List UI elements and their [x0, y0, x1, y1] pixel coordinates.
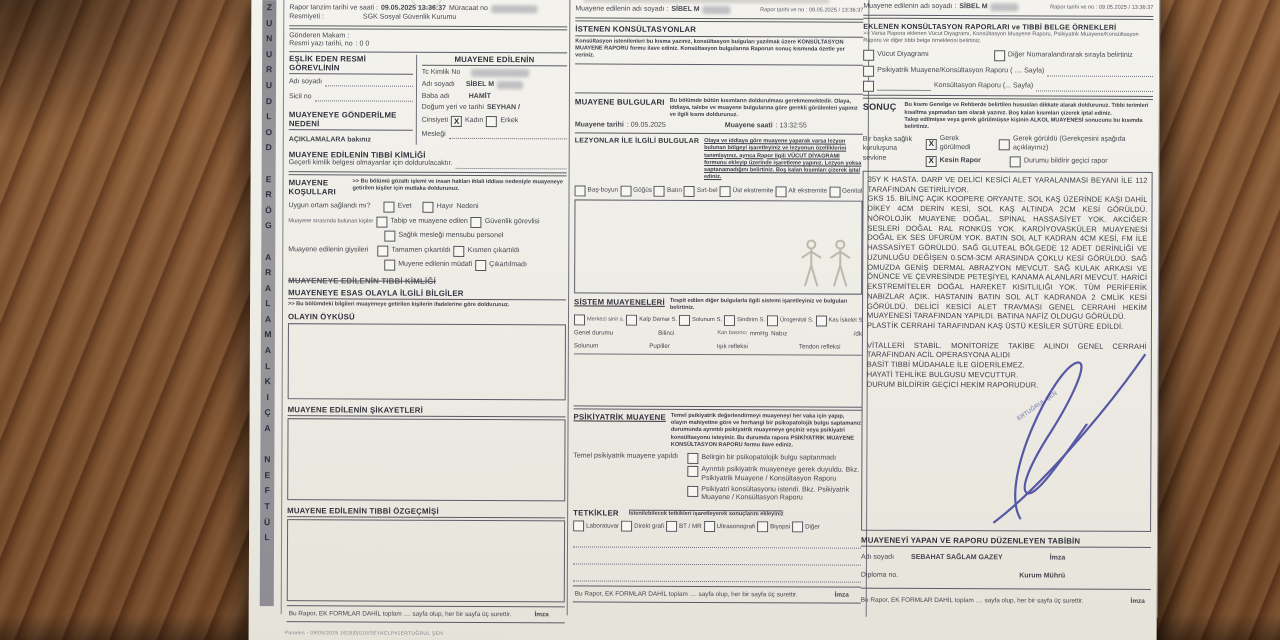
col3-surname-redacted — [991, 4, 1019, 12]
baba-adi-value: HAMİT — [469, 92, 491, 101]
kismen-label: Kısmen çıkartıldı — [468, 247, 520, 256]
kesin-rapor-checkbox-checked: X — [926, 156, 937, 167]
cikartilmadi-label: Çıkartılmadı — [489, 261, 527, 270]
sikayetler-header: MUAYENE EDİLENİN ŞİKAYETLERİ — [288, 405, 566, 417]
baba-adi-label: Baba adı — [422, 92, 450, 101]
col1-footer: Bu Rapor, EK FORMLAR DAHİL toplam .... s… — [287, 605, 565, 623]
psik-opt3-label: Psikiyatri konsültasyonu istendi. Bkz. P… — [701, 486, 861, 504]
kadin-checkbox-checked: X — [451, 116, 462, 127]
diger-numara-label: Diğer Numaralandırarak sırayla belirtini… — [1008, 52, 1133, 61]
kalp-damar-checkbox — [626, 315, 637, 326]
mudafi-label: Muyene edilenin müdafi — [398, 261, 472, 270]
bas-boyun-checkbox — [575, 185, 586, 196]
tetkik-line-2 — [573, 556, 861, 565]
olayin-oykusu-header: OLAYIN ÖYKÜSÜ — [288, 312, 566, 322]
sonuc-field: 35Y K HASTA. DARP VE DELİCİ KESİCİ ALET … — [861, 171, 1153, 532]
muayene-saati-label: Muayene saati — [725, 122, 773, 131]
giysiler-label: Muayene edilenin giysileri — [288, 246, 368, 255]
ust-ekstremite-label: Üst ekstremite — [732, 187, 773, 195]
solunum-label: Solunum — [574, 342, 598, 350]
cikartilmadi-checkbox — [475, 260, 486, 271]
bulunan-kisiler-label: Muayene sırasında bulunan kişiler — [288, 218, 373, 226]
dogum-value: SEYHAN / — [487, 104, 520, 113]
sonuc-header: SONUÇ — [863, 102, 897, 112]
muayene-edilenin-header: MUAYENE EDİLENİN — [422, 55, 567, 67]
col2-surname-redacted — [703, 6, 731, 14]
sindirim-label: Sindirim S. — [737, 317, 765, 324]
gecici-rapor-label: Durumu bildirir geçici rapor — [1024, 157, 1108, 166]
tendon-refleksi-label: Tendon refleksi — [799, 343, 841, 351]
form-column-identity: Rapor tanzim tarihi ve saati : 09.05.202… — [281, 0, 568, 615]
tabip-label: Tabip ve muayene edilen — [390, 218, 467, 227]
col2-footer-note: Bu Rapor, EK FORMLAR DAHİL toplam .... s… — [575, 590, 798, 598]
urogenital-label: Ürogenital S. — [780, 317, 814, 324]
gonderen-makam-label: Gönderen Makam : — [289, 32, 349, 41]
psik-rapor-blank — [1047, 68, 1153, 76]
sicil-blank — [315, 93, 413, 101]
vucut-diyagrami-checkbox — [863, 50, 874, 61]
tabip-checkbox — [376, 217, 387, 228]
konsultasyonlar-note: Konsültasyon istenilenleri bu kısma yazı… — [575, 38, 863, 61]
tibbi-kimlik-note: Geçerli kimlik belgesi olmayanlar için d… — [289, 159, 453, 168]
esas-olay-note: >> Bu bölümdeki bilgileri muayeneye geti… — [288, 301, 566, 309]
sikayetler-field — [287, 418, 565, 501]
batin-checkbox — [654, 185, 665, 196]
name-value: SİBEL M — [466, 81, 494, 90]
adi-soyadi-label: Adı soyadı — [289, 78, 322, 87]
sistem-field — [574, 354, 862, 403]
desk-photo: { "page": { "x": "X", "side_strip": "Z\n… — [0, 0, 1280, 640]
kosullar-note: >> Bu bölümü gözaltı işlemi ve insan hak… — [352, 178, 566, 193]
adi-soyadi-blank — [325, 79, 413, 87]
kesin-rapor-label: Kesin Rapor — [940, 157, 981, 166]
alt-ekstremite-label: Alt ekstremite — [788, 188, 827, 196]
kons-rapor-checkbox — [863, 81, 874, 92]
batin-label: Batın — [667, 187, 682, 195]
tetkikler-header: TETKİKLER — [573, 508, 619, 517]
bt-mr-label: BT / MR — [679, 523, 702, 531]
biyopsi-label: Biyopsi — [770, 523, 790, 531]
cinsiyet-label: Cinsiyeti — [422, 117, 448, 126]
bilinci-label: Bilinci — [658, 330, 674, 338]
mmhg-label: mmHg — [750, 330, 768, 338]
sistem-header: SİSTEM MUAYENELERİ — [574, 297, 665, 306]
col3-rapor-no: Rapor tarihi ve no : 09.05.2025 / 13:36:… — [1050, 4, 1153, 12]
meslek-label: Mesleği — [422, 131, 446, 140]
kalp-damar-label: Kalp Damar S. — [639, 317, 677, 324]
tetkik-line-1 — [573, 539, 861, 548]
alt-ekstremite-checkbox — [775, 186, 786, 197]
sirt-bel-label: Sırt-bel — [697, 187, 718, 195]
pupiller-label: Pupiller — [649, 343, 670, 351]
muayene-saati-value: : 13:32:55 — [776, 123, 807, 132]
bt-mr-checkbox — [666, 521, 677, 532]
tabib-adi-label: Adı soyadı — [861, 554, 894, 563]
psik-rapor-label: Psikiyatrik Muayene/Konsültasyon Raporu … — [877, 67, 1044, 76]
redacted-title-bar — [583, 0, 829, 4]
direkt-grafi-label: Direkt grafi — [634, 522, 664, 530]
sindirim-checkbox — [724, 315, 735, 326]
medical-report-form-sheet: Z U N U R U D L O D E R Ö G A R A L A M … — [249, 0, 1160, 640]
nabiz-label: Nabız — [771, 331, 787, 339]
bulgular-note: Bu bölümde bütün kısımların doldurulması… — [670, 97, 863, 120]
urogenital-checkbox — [767, 315, 778, 326]
erkek-label: Erkek — [500, 117, 518, 126]
gerek-goruldu-label: Gerek görüldü (Gerekçesini aşağıda açıkl… — [1013, 136, 1153, 154]
dogum-label: Doğum yeri ve tarihi — [422, 104, 484, 113]
vucut-diyagrami-label: Vücut Diyagramı — [877, 51, 929, 60]
lezyonlar-note: Olaya ve iddiaya göre muayene yaparak va… — [704, 138, 863, 182]
tabib-imza-label: İmza — [1050, 554, 1066, 563]
tetkik-line-3 — [573, 573, 861, 582]
resmi-yazi-label: Resmi yazı tarihi, no — [289, 40, 352, 49]
resmiyet-value: SGK Sosyal Güvenlik Kurumu — [363, 13, 456, 22]
gerek-goruldu-checkbox — [999, 139, 1010, 150]
psik-opt2-checkbox — [687, 466, 698, 477]
form-column-examination: Muayene edilenin adı soyadı : SİBEL M Ra… — [567, 0, 870, 617]
doctor-signature — [958, 340, 1159, 526]
psik-rapor-checkbox — [863, 66, 874, 77]
rapor-tanzim-value: 09.05.2025 13:36:37 — [381, 5, 446, 14]
ust-ekstremite-checkbox — [719, 186, 730, 197]
col2-footer: Bu Rapor, EK FORMLAR DAHİL toplam .... s… — [573, 585, 861, 603]
col2-name-label: Muayene edilenin adı soyadı : — [575, 5, 668, 14]
mudafi-checkbox — [384, 260, 395, 271]
genel-durumu-label: Genel durumu — [574, 330, 613, 338]
diger-checkbox — [792, 521, 803, 532]
kas-iskelet-checkbox — [815, 316, 826, 327]
esas-olay-header: MUAYENEYE ESAS OLAYLA İLGİLİ BİLGİLER — [288, 288, 566, 300]
diploma-no-label: Diploma no. — [861, 571, 898, 580]
diger-numara-checkbox — [994, 51, 1005, 62]
surname-redacted — [497, 81, 523, 89]
kurum-muhru-label: Kurum Mührü — [1019, 572, 1065, 581]
tamamen-label: Tamamen çıkartıldı — [391, 247, 450, 256]
isik-refleksi-label: Işık refleksi — [717, 343, 748, 351]
evet-checkbox — [384, 202, 395, 213]
erkek-checkbox — [486, 116, 497, 127]
col2-imza-label: İmza — [835, 592, 849, 599]
struck-tibbi-kimlik-header: MUAYENEYE EDİLENİN TIBBİ KİMLİĞİ — [288, 276, 566, 286]
psik-opt1-checkbox — [687, 453, 698, 464]
kons-rapor-writein — [877, 83, 931, 91]
uygun-ortam-label: Uygun ortam sağlandı mı? — [288, 202, 370, 211]
konsultasyonlar-header: İSTENEN KONSÜLTASYONLAR — [575, 24, 863, 34]
gecici-rapor-checkbox — [1010, 156, 1021, 167]
psik-yapildi-label: Temel psikiyatrik muayene yapıldı — [573, 452, 681, 502]
muayene-tarihi-value: : 09.05.2025 — [627, 122, 666, 131]
genital-checkbox — [829, 186, 840, 197]
gonderilme-header: MUAYENEYE GÖNDERİLME NEDENİ — [289, 110, 413, 131]
kons-rapor-blank — [1036, 83, 1153, 92]
tc-kimlik-label: Tc Kimlik No — [422, 69, 461, 78]
vertical-instruction-strip: Z U N U R U D L O D E R Ö G A R A L A M … — [260, 0, 277, 606]
kadin-label: Kadın — [465, 117, 483, 126]
form-column-result: Muayene edilenin adı soyadı : SİBEL M Ra… — [855, 0, 1161, 618]
eklenen-note: >> Varsa Rapora eklenen Vücut Diyagramı,… — [863, 30, 1153, 46]
psikiyatrik-note: Temel psikiyatrik değerlendirmeyi muayen… — [671, 413, 862, 450]
psikiyatrik-header: PSİKİYATRİK MUAYENE — [574, 412, 666, 421]
evet-label: Evet — [398, 203, 412, 212]
meslek-blank — [449, 131, 567, 140]
tabib-adi-value: SEBAHAT SAĞLAM GAZEY — [911, 554, 1003, 563]
col3-imza-label: İmza — [1131, 598, 1145, 606]
olayin-oykusu-field — [288, 323, 566, 400]
merkezi-sinir-checkbox — [574, 315, 585, 326]
sevk-label: Bir başka sağlık kuruluşuna sevkine — [863, 135, 921, 167]
col1-footer-note: Bu Rapor, EK FORMLAR DAHİL toplam .... s… — [289, 610, 512, 618]
eslik-header: EŞLİK EDEN RESMİ GÖREVLİNİN — [289, 54, 413, 75]
tetkikler-note: İstenilebilecek tetkikleri işaretleyerek… — [629, 509, 784, 518]
kismen-checkbox — [454, 246, 465, 257]
col2-name-value: SİBEL M — [671, 6, 699, 15]
ozgecmis-header: MUAYENE EDİLENİN TIBBİ ÖZGEÇMİŞİ — [287, 506, 565, 518]
hayir-label: Hayır — [437, 203, 454, 212]
bas-boyun-label: Baş-boyun — [588, 187, 619, 195]
guvenlik-label: Güvenlik görevlisi — [485, 218, 540, 227]
tamamen-checkbox — [377, 246, 388, 257]
nedeni-label: Nedeni — [456, 203, 478, 212]
sonuc-note: Bu kısmı Genelge ve Rehberde belirtilen … — [904, 102, 1153, 132]
muayene-tarihi-label: Muayene tarihi — [575, 122, 624, 131]
print-footer-code: Panates - 09/05/2025 1628|0|010/SEYACLP#… — [285, 630, 444, 637]
tc-kimlik-redacted — [471, 69, 529, 77]
sistem-note: Tespit edilen diğer bulgularla ilgili si… — [670, 298, 862, 313]
ultrasonografi-checkbox — [704, 521, 715, 532]
direkt-grafi-checkbox — [621, 521, 632, 532]
aciklamalara-note: AÇIKLAMALARA bakınız — [289, 136, 371, 145]
diger-label: Diğer — [805, 523, 820, 531]
rapor-tanzim-label: Rapor tanzim tarihi ve saati : — [289, 4, 378, 13]
tibbi-kimlik-blank — [455, 161, 566, 169]
col3-footer-note: Bu Rapor, EK FORMLAR DAHİL toplam .... s… — [861, 597, 1084, 606]
laboratuvar-checkbox — [573, 520, 584, 531]
psik-opt3-checkbox — [687, 485, 698, 496]
kons-rapor-label: Konsültasyon Raporu (... Sayfa) — [934, 82, 1033, 91]
gerek-gorulmedi-label: Gerek görülmedi — [940, 135, 988, 153]
col3-name-value: SİBEL M — [959, 3, 987, 12]
body-diagram-icon — [795, 237, 857, 291]
guvenlik-checkbox — [471, 217, 482, 228]
merkezi-sinir-label: Merkezi sinir s. — [587, 317, 624, 324]
tabib-header: MUAYENEYİ YAPAN VE RAPORU DÜZENLEYEN TAB… — [861, 536, 1151, 548]
col3-name-label: Muayene edilenin adı soyadı : — [863, 3, 956, 12]
hayir-checkbox — [423, 202, 434, 213]
sirt-bel-checkbox — [684, 186, 695, 197]
gogus-checkbox — [620, 185, 631, 196]
col2-rapor-no: Rapor tarihi ve no : 09.05.2025 / 13:36:… — [760, 7, 863, 15]
kan-basinci-label: Kan basıncı — [717, 331, 747, 338]
col1-imza-label: İmza — [534, 612, 548, 619]
bulgular-header: MUAYENE BULGULARI — [575, 97, 665, 106]
identity-table: EŞLİK EDEN RESMİ GÖREVLİNİN Adı soyadı S… — [289, 54, 567, 145]
solunum-s-label: Solunum S. — [692, 317, 722, 324]
kosullar-header: MUAYENE KOŞULLARI — [289, 178, 349, 196]
lezyonlar-header: LEZYONLAR İLE İLGİLİ BULGULAR — [575, 138, 699, 146]
solunum-s-checkbox — [679, 315, 690, 326]
muracaat-no-redacted — [491, 5, 537, 13]
ozgecmis-field — [287, 519, 565, 602]
gogus-label: Göğüs — [633, 187, 652, 195]
psik-opt1-label: Belirgin bir psikopatolojik bulgu saptan… — [701, 454, 836, 463]
gerek-gorulmedi-checkbox-checked: X — [926, 139, 937, 150]
laboratuvar-label: Laboratuvar — [586, 522, 619, 530]
saglik-personel-label: Sağlık mesleği mensubu personel — [398, 232, 503, 241]
muracaat-label: Müracaat no — [449, 5, 488, 14]
saglik-personel-checkbox — [384, 231, 395, 242]
name-label: Adı soyadı — [422, 81, 455, 90]
psik-opt2-label: Ayrıntılı psikiyatrik muayeneye gerek du… — [701, 466, 861, 484]
konsultasyonlar-field — [575, 63, 863, 94]
resmiyet-label: Resmiyeti : — [289, 13, 324, 22]
sicil-label: Sicil no — [289, 93, 312, 102]
lezyon-field — [574, 199, 862, 294]
resmi-yazi-value: : 0 0 — [356, 41, 370, 50]
biyopsi-checkbox — [757, 521, 768, 532]
ultrasonografi-label: Ultrasonografi — [717, 523, 756, 531]
